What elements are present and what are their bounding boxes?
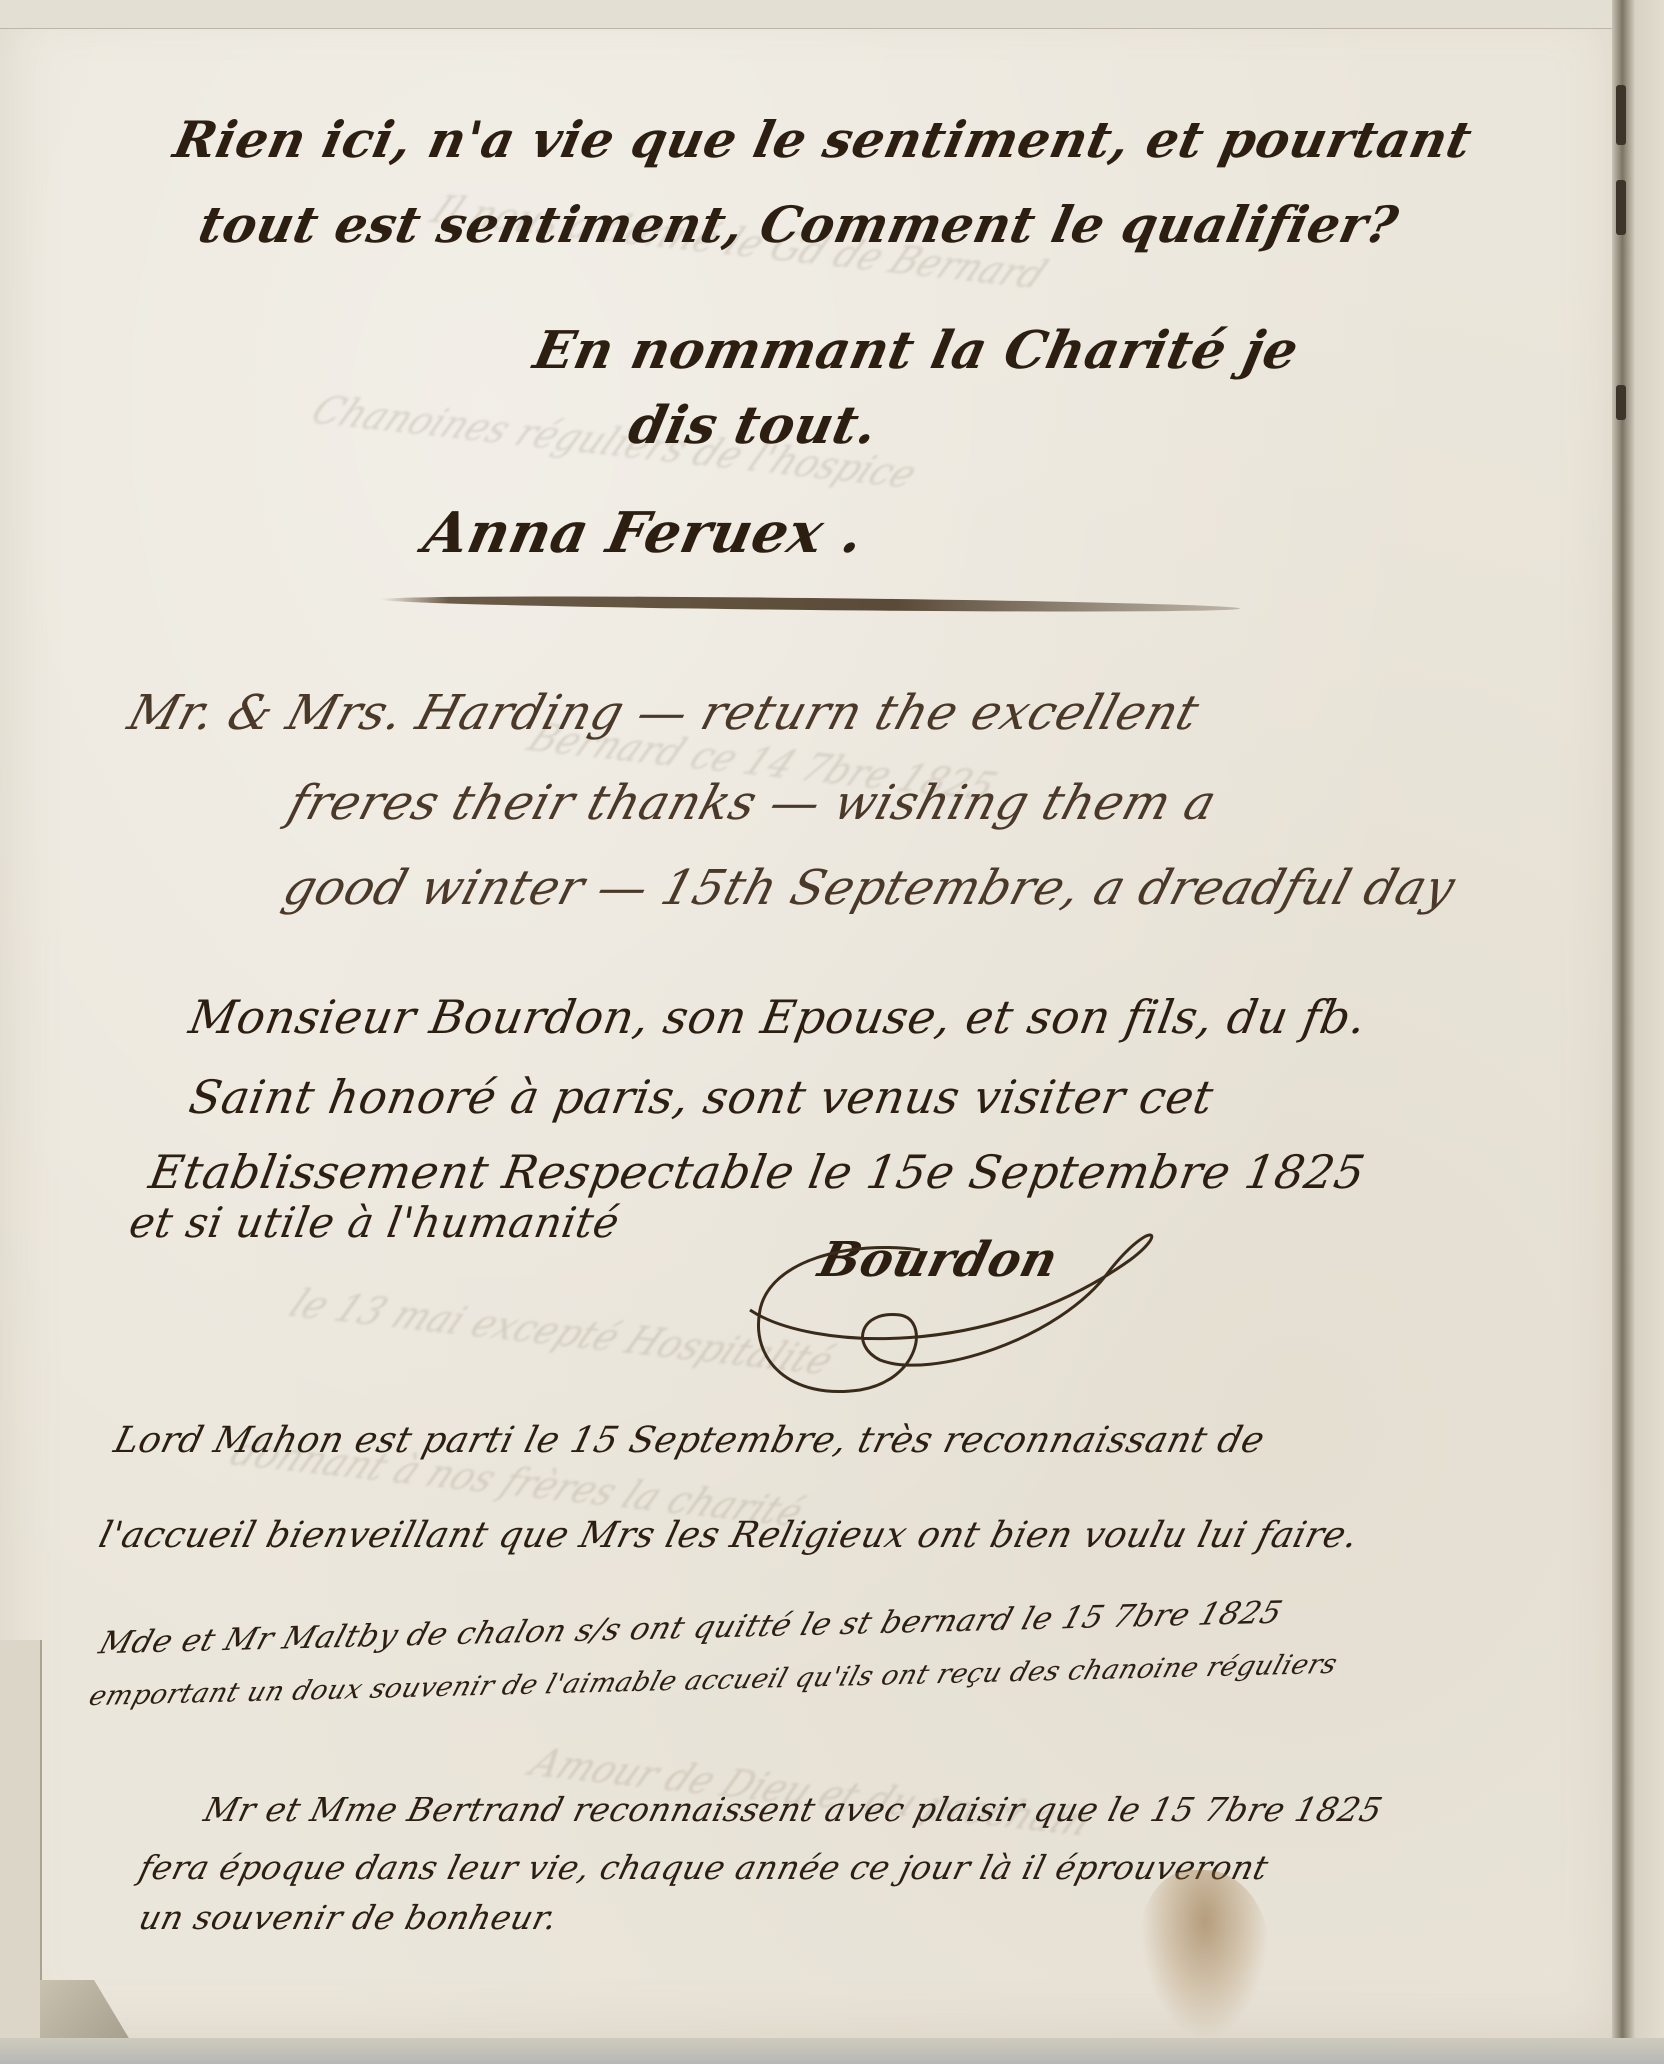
folded-corner — [40, 1980, 130, 2040]
handwritten-line: Rien ici, n'a vie que le sentiment, et p… — [169, 110, 1478, 169]
handwritten-line: emportant un doux souvenir de l'aimable … — [85, 1649, 1341, 1712]
water-stain — [1140, 1870, 1270, 2040]
handwritten-line: Mr et Mme Bertrand reconnaissent avec pl… — [200, 1790, 1386, 1829]
handwritten-line: Mr. & Mrs. Harding — return the excellen… — [122, 685, 1205, 741]
handwritten-line: et si utile à l'humanité — [126, 1198, 624, 1247]
handwritten-line: freres their thanks — wishing them a — [282, 775, 1223, 831]
page-left-edge — [0, 1640, 42, 2040]
handwritten-line: fera époque dans leur vie, chaque année … — [135, 1848, 1272, 1887]
handwritten-line: Monsieur Bourdon, son Epouse, et son fil… — [185, 990, 1370, 1044]
signature: Anna Feruex . — [418, 500, 870, 566]
signature-flourish-icon — [730, 1230, 1170, 1450]
handwritten-line: Etablissement Respectable le 15e Septemb… — [145, 1145, 1369, 1199]
book-binding — [1612, 0, 1664, 2040]
handwritten-line: Mde et Mr Maltby de chalon s/s ont quitt… — [95, 1595, 1287, 1662]
page-top-edge — [0, 0, 1620, 29]
handwritten-line: dis tout. — [624, 395, 884, 456]
handwritten-line: l'accueil bienveillant que Mrs les Relig… — [95, 1515, 1363, 1556]
handwritten-line: Lord Mahon est parti le 15 Septembre, tr… — [110, 1420, 1269, 1461]
binding-stitch — [1616, 180, 1626, 235]
handwritten-line: Saint honoré à paris, sont venus visiter… — [185, 1070, 1217, 1124]
handwritten-line: tout est sentiment, Comment le qualifier… — [194, 195, 1404, 254]
divider-stroke — [380, 593, 1240, 614]
binding-stitch — [1616, 85, 1626, 145]
binding-stitch — [1616, 385, 1626, 420]
handwritten-line: un souvenir de bonheur. — [135, 1898, 562, 1937]
handwritten-line: good winter — 15th Septembre, a dreadful… — [277, 860, 1461, 916]
handwritten-line: En nommant la Charité je — [529, 320, 1304, 381]
manuscript-page: Il nous a donné le Gd de Bernard Chanoin… — [0, 0, 1622, 2042]
book-bottom-edge — [0, 2038, 1664, 2064]
